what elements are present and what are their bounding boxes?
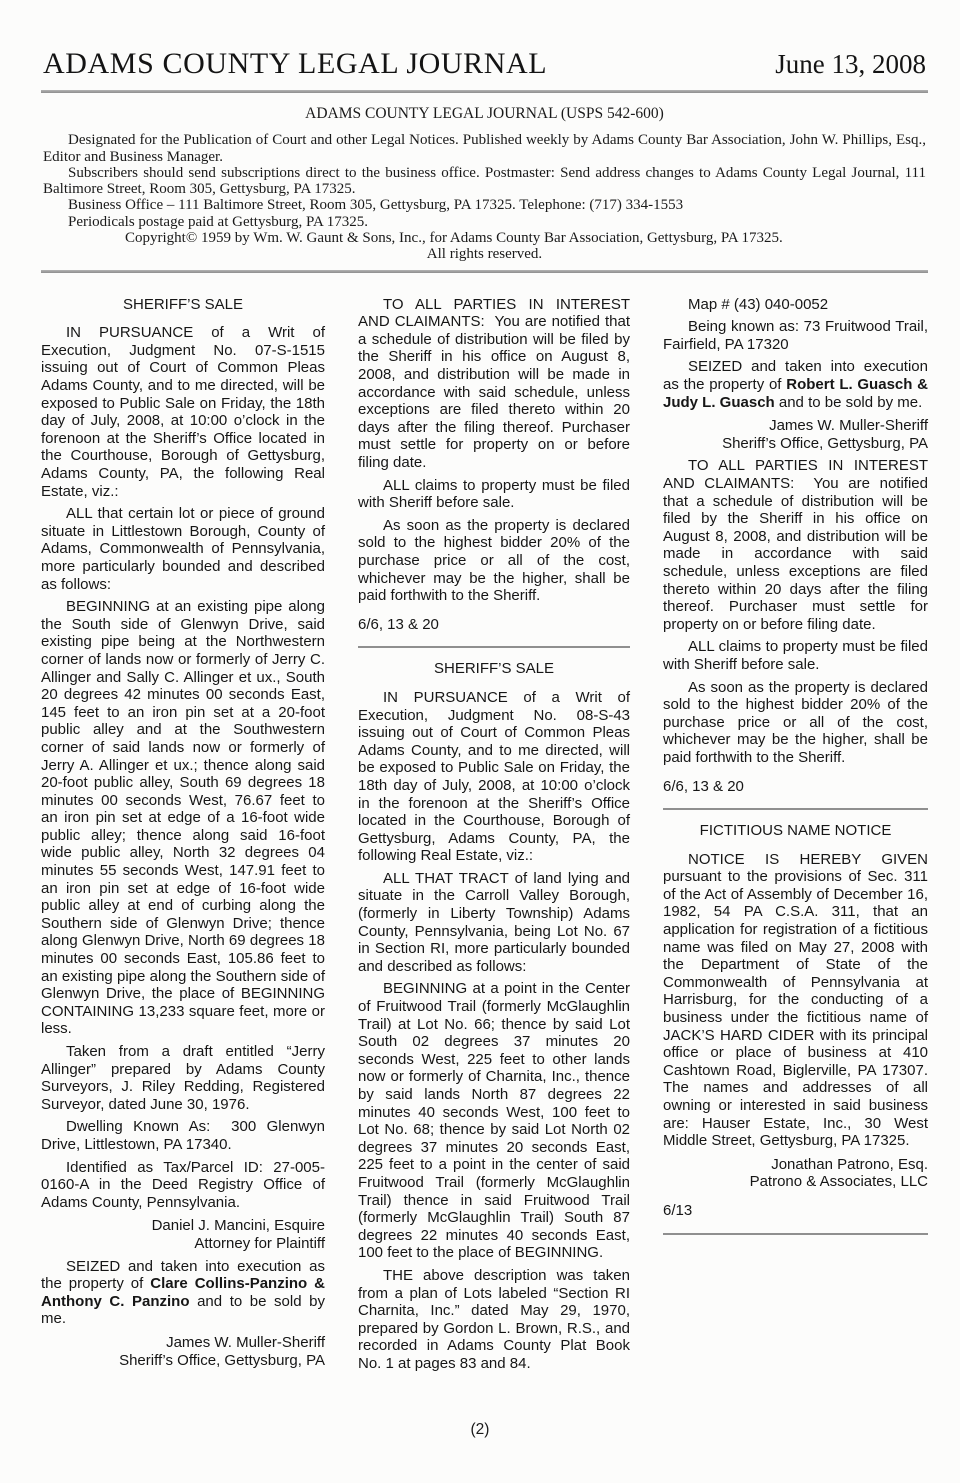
section-heading: FICTITIOUS NAME NOTICE [663,822,928,840]
masthead-designated: Designated for the Publication of Court … [43,132,926,165]
text-run: SHERIFF’S SALE [123,296,243,313]
paragraph: TO ALL PARTIES IN INTEREST AND CLAIMANTS… [358,296,630,472]
paragraph: IN PURSUANCE of a Writ of Execution, Jud… [358,689,630,865]
paragraph: ALL THAT TRACT of land lying and situate… [358,870,630,976]
section-divider [663,1233,928,1235]
text-run: ALL that certain lot or piece of ground … [41,505,325,592]
paragraph: THE above description was taken from a p… [358,1267,630,1373]
signature-line: James W. Muller-Sheriff [663,417,928,435]
text-run: 6/6, 13 & 20 [358,616,439,633]
columns: SHERIFF’S SALEIN PURSUANCE of a Writ of … [41,273,928,1373]
publication-dates: 6/6, 13 & 20 [663,778,928,796]
paragraph: Map # (43) 040-0052 [663,296,928,314]
paragraph: SEIZED and taken into execution as the p… [663,358,928,411]
text-run: 6/6, 13 & 20 [663,778,744,795]
masthead-subscribers: Subscribers should send subscriptions di… [43,165,926,198]
text-run: BEGINNING at an existing pipe along the … [41,598,325,1037]
text-run: Being known as: 73 Fruitwood Trail, Fair… [663,318,928,353]
signature-line: Patrono & Associates, LLC [663,1173,928,1191]
text-run: Sheriff’s Office, Gettysburg, PA [722,435,928,452]
text-run: Dwelling Known As: 300 Glenwyn Drive, Li… [41,1118,325,1153]
paragraph: ALL claims to property must be filed wit… [663,638,928,673]
paragraph: ALL that certain lot or piece of ground … [41,505,325,593]
masthead-periodicals: Periodicals postage paid at Gettysburg, … [43,214,926,230]
text-run: ALL THAT TRACT of land lying and situate… [358,870,630,975]
paragraph: NOTICE IS HEREBY GIVEN pursuant to the p… [663,851,928,1150]
text-run: Jonathan Patrono, Esq. [771,1156,928,1173]
masthead-business-office: Business Office – 111 Baltimore Street, … [43,197,926,213]
paragraph: IN PURSUANCE of a Writ of Execution, Jud… [41,324,325,500]
text-run: BEGINNING at a point in the Center of Fr… [358,980,630,1261]
text-run: and to be sold by me. [775,394,923,411]
masthead: ADAMS COUNTY LEGAL JOURNAL (USPS 542-600… [41,93,928,270]
text-run: Daniel J. Mancini, Esquire [152,1217,325,1234]
journal-page: ADAMS COUNTY LEGAL JOURNAL June 13, 2008… [0,0,960,1483]
text-run: Patrono & Associates, LLC [750,1173,928,1190]
text-run: Identified as Tax/Parcel ID: 27-005-0160… [41,1159,325,1211]
text-run: ALL claims to property must be filed wit… [663,638,928,673]
page-header: ADAMS COUNTY LEGAL JOURNAL June 13, 2008 [41,0,928,90]
signature-line: Attorney for Plaintiff [41,1235,325,1253]
text-run: IN PURSUANCE of a Writ of Execution, Jud… [41,324,325,499]
text-run: SHERIFF’S SALE [434,660,554,677]
paragraph: TO ALL PARTIES IN INTEREST AND CLAIMANTS… [663,457,928,633]
text-run: Taken from a draft entitled “Jerry Allin… [41,1043,325,1113]
paragraph: As soon as the property is declared sold… [358,517,630,605]
signature-line: Daniel J. Mancini, Esquire [41,1217,325,1235]
paragraph: Identified as Tax/Parcel ID: 27-005-0160… [41,1159,325,1212]
masthead-copyright: Copyright© 1959 by Wm. W. Gaunt & Sons, … [43,230,926,246]
masthead-rights: All rights reserved. [43,246,926,262]
text-run: Sheriff’s Office, Gettysburg, PA [119,1352,325,1369]
signature-line: Jonathan Patrono, Esq. [663,1156,928,1174]
text-run: IN PURSUANCE of a Writ of Execution, Jud… [358,689,630,864]
section-divider [663,808,928,810]
paragraph: Being known as: 73 Fruitwood Trail, Fair… [663,318,928,353]
text-run: FICTITIOUS NAME NOTICE [700,822,892,839]
paragraph: Dwelling Known As: 300 Glenwyn Drive, Li… [41,1118,325,1153]
text-run: Attorney for Plaintiff [194,1235,325,1252]
text-run: 6/13 [663,1202,692,1219]
signature-line: Sheriff’s Office, Gettysburg, PA [41,1352,325,1370]
section-heading: SHERIFF’S SALE [358,660,630,678]
column-1: SHERIFF’S SALEIN PURSUANCE of a Writ of … [41,296,325,1373]
issue-date: June 13, 2008 [775,49,926,80]
text-run: James W. Muller-Sheriff [166,1334,325,1351]
text-run: As soon as the property is declared sold… [663,679,928,766]
text-run: ALL claims to property must be filed wit… [358,477,630,512]
text-run: As soon as the property is declared sold… [358,517,630,604]
column-2: TO ALL PARTIES IN INTEREST AND CLAIMANTS… [358,296,630,1373]
text-run: THE above description was taken from a p… [358,1267,630,1372]
paragraph: Taken from a draft entitled “Jerry Allin… [41,1043,325,1113]
paragraph: ALL claims to property must be filed wit… [358,477,630,512]
column-3: Map # (43) 040-0052Being known as: 73 Fr… [663,296,928,1373]
text-run: NOTICE IS HEREBY GIVEN pursuant to the p… [663,851,928,1150]
text-run: TO ALL PARTIES IN INTEREST AND CLAIMANTS… [358,296,630,471]
masthead-title: ADAMS COUNTY LEGAL JOURNAL (USPS 542-600… [43,106,926,122]
paragraph: BEGINNING at an existing pipe along the … [41,598,325,1038]
section-heading: SHERIFF’S SALE [41,296,325,314]
publication-dates: 6/13 [663,1202,928,1220]
journal-title: ADAMS COUNTY LEGAL JOURNAL [43,47,547,81]
paragraph: As soon as the property is declared sold… [663,679,928,767]
paragraph: BEGINNING at a point in the Center of Fr… [358,980,630,1262]
paragraph: SEIZED and taken into execution as the p… [41,1258,325,1328]
signature-line: Sheriff’s Office, Gettysburg, PA [663,435,928,453]
section-divider [358,646,630,648]
page-number: (2) [0,1421,960,1439]
text-run: TO ALL PARTIES IN INTEREST AND CLAIMANTS… [663,457,928,632]
publication-dates: 6/6, 13 & 20 [358,616,630,634]
signature-line: James W. Muller-Sheriff [41,1334,325,1352]
text-run: Map # (43) 040-0052 [688,296,828,313]
text-run: James W. Muller-Sheriff [769,417,928,434]
